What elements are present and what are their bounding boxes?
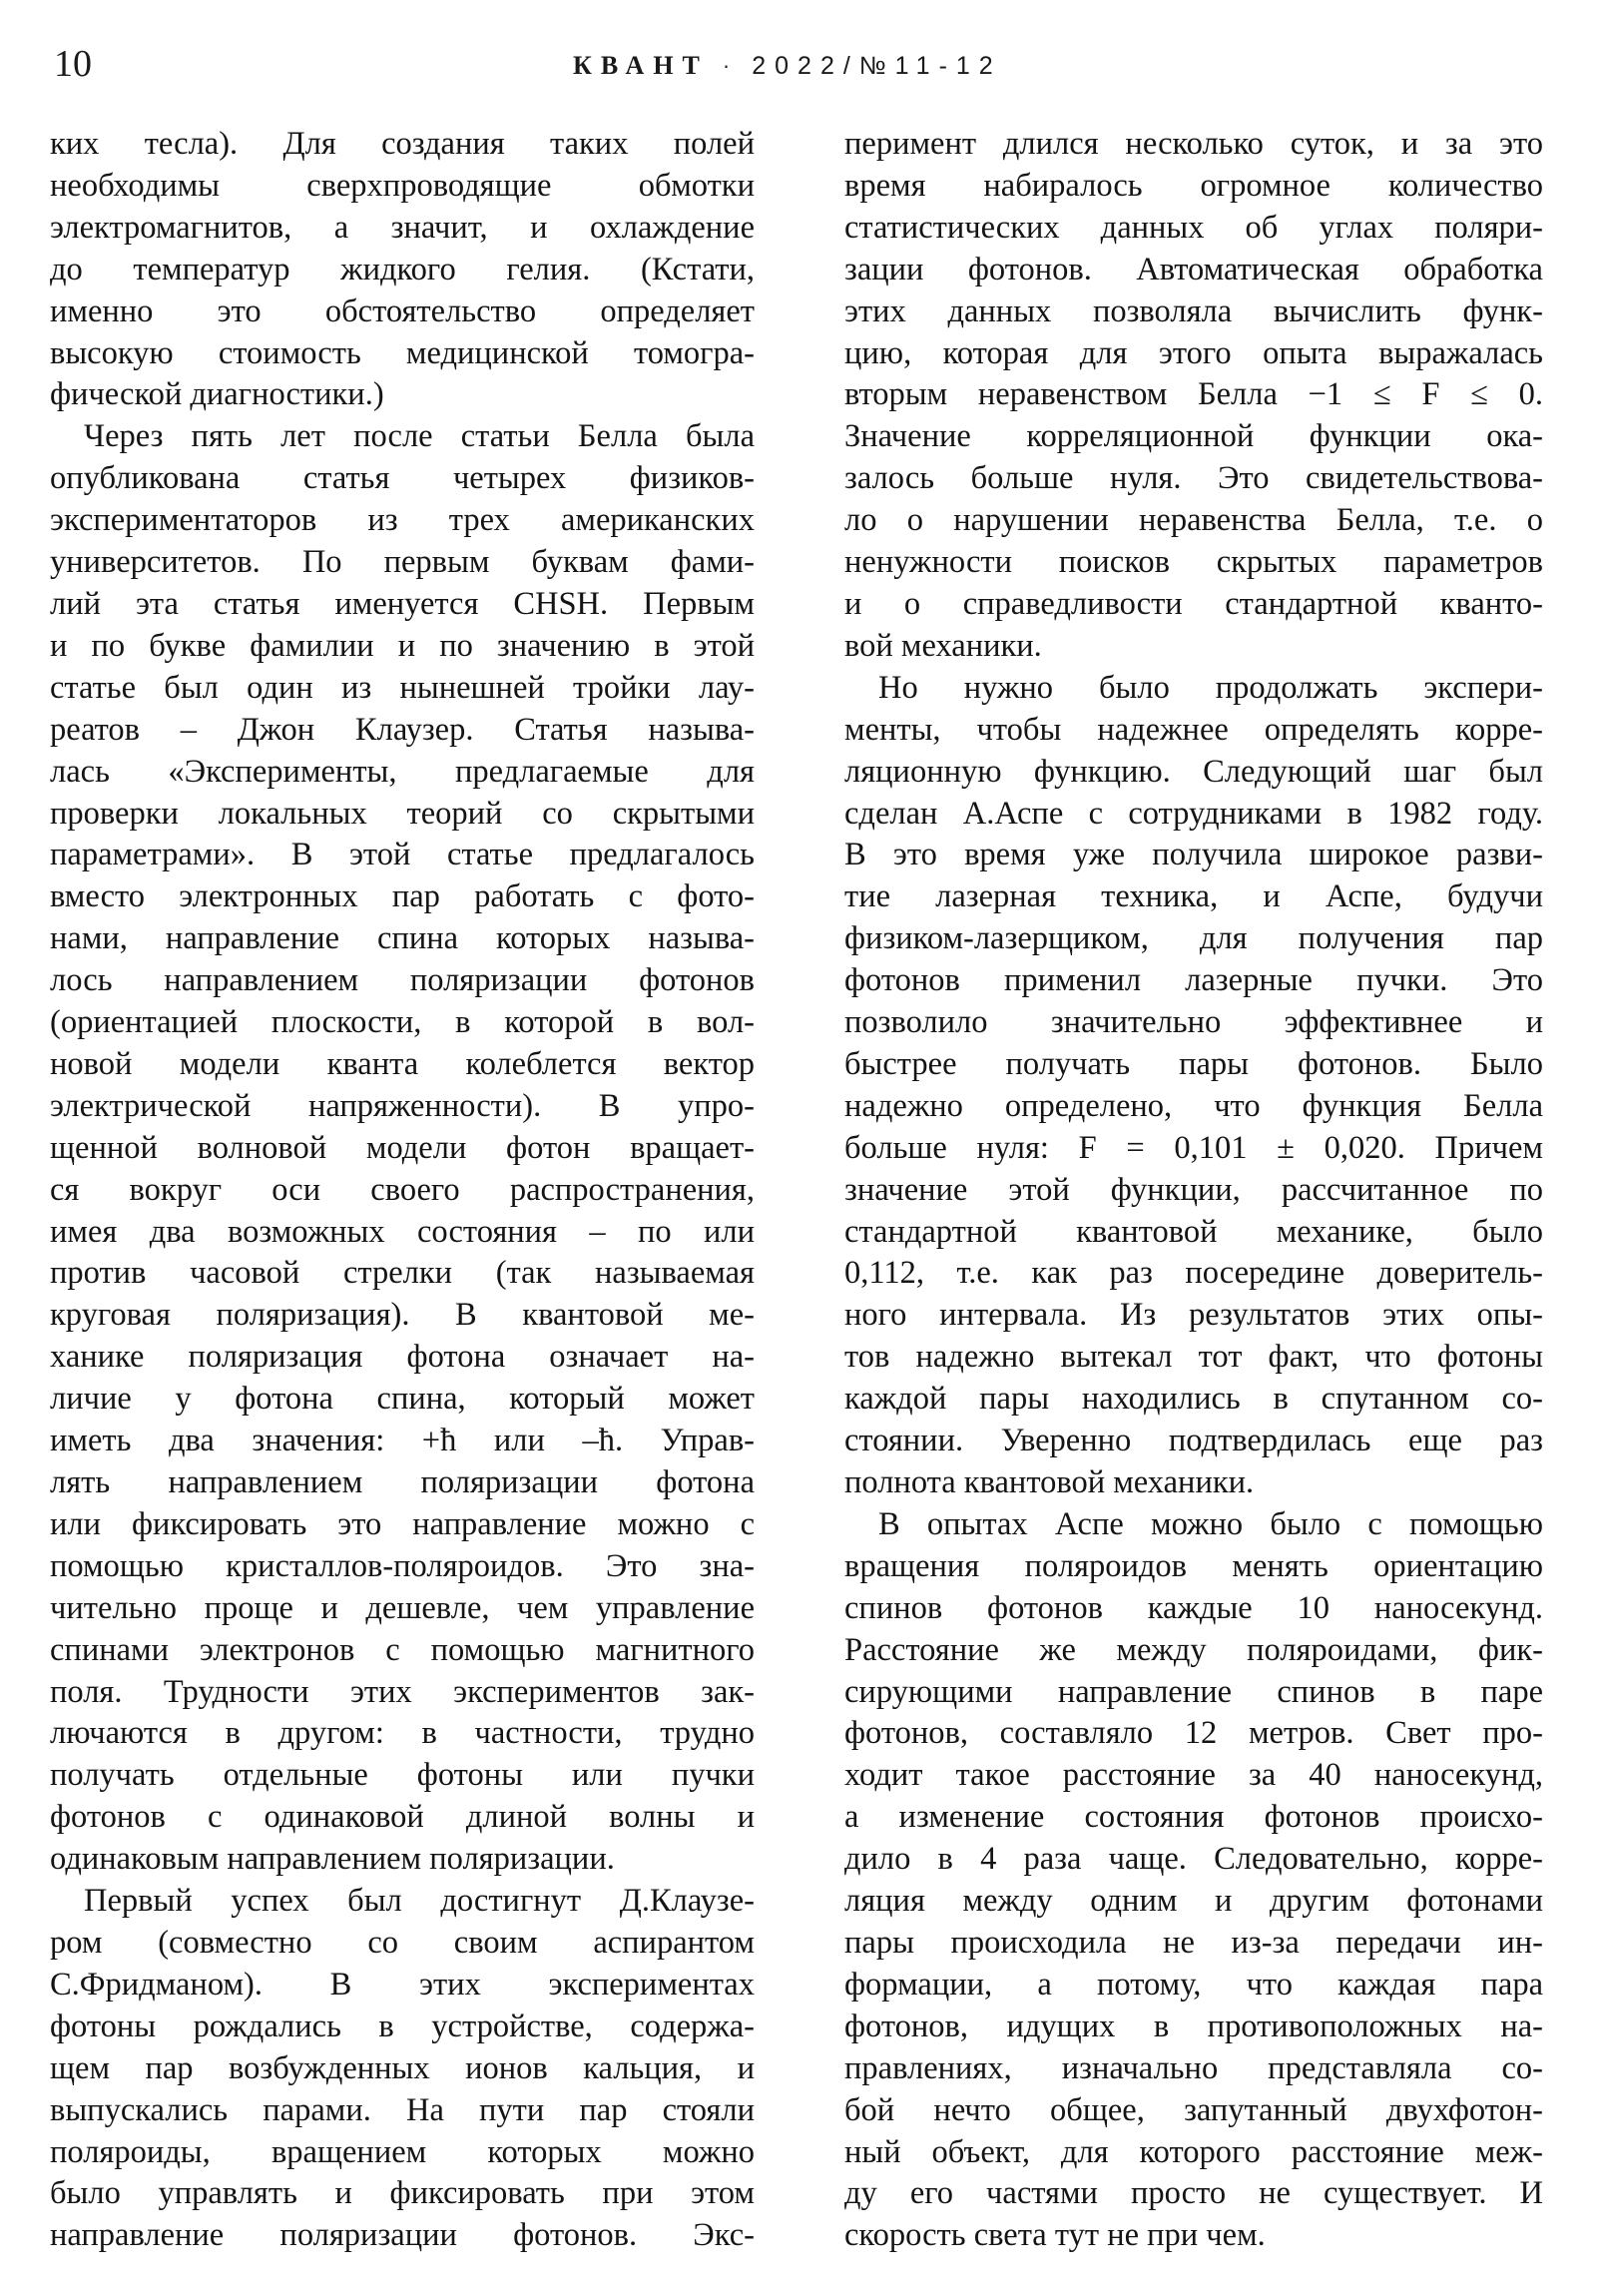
text-line: В это время уже получила широкое разви- bbox=[844, 835, 1543, 876]
paragraph-first-line: Первый успех был достигнут Д.Клаузе- bbox=[50, 1881, 755, 1923]
text-line: вместо электронных пар работать с фото- bbox=[50, 876, 755, 918]
text-line: фотоны рождались в устройстве, содержа- bbox=[50, 2007, 755, 2048]
text-line: фотонов с одинаковой длиной волны и bbox=[50, 1797, 755, 1839]
text-line: быстрее получать пары фотонов. Было bbox=[844, 1044, 1543, 1086]
text-line: ного интервала. Из результатов этих опы- bbox=[844, 1295, 1543, 1337]
text-line: спинов фотонов каждые 10 наносекунд. bbox=[844, 1588, 1543, 1630]
text-line: до температур жидкого гелия. (Кстати, bbox=[50, 250, 755, 291]
text-line: фической диагностики.) bbox=[50, 374, 755, 416]
text-line: было управлять и фиксировать при этом bbox=[50, 2173, 755, 2215]
text-line: лось направлением поляризации фотонов bbox=[50, 960, 755, 1002]
text-line: получать отдельные фотоны или пучки bbox=[50, 1755, 755, 1797]
text-line: экспериментаторов из трех американских bbox=[50, 500, 755, 542]
text-line: щем пар возбужденных ионов кальция, и bbox=[50, 2048, 755, 2090]
text-line: ляция между одним и другим фотонами bbox=[844, 1881, 1543, 1923]
text-line: ходит такое расстояние за 40 наносекунд, bbox=[844, 1755, 1543, 1797]
text-line: ханике поляризация фотона означает на- bbox=[50, 1337, 755, 1379]
text-line: тов надежно вытекал тот факт, что фотоны bbox=[844, 1337, 1543, 1379]
text-line: чительно проще и дешевле, чем управление bbox=[50, 1588, 755, 1630]
text-line: фотонов применил лазерные пучки. Это bbox=[844, 960, 1543, 1002]
text-line: скорость света тут не при чем. bbox=[844, 2215, 1543, 2257]
text-line: электромагнитов, а значит, и охлаждение bbox=[50, 208, 755, 250]
text-line: значение этой функции, рассчитанное по bbox=[844, 1170, 1543, 1212]
text-line: 0,112, т.е. как раз посередине доверител… bbox=[844, 1253, 1543, 1295]
separator-dot: · bbox=[723, 53, 730, 79]
text-line: а изменение состояния фотонов происхо- bbox=[844, 1797, 1543, 1839]
text-line: имея два возможных состояния – по или bbox=[50, 1212, 755, 1254]
text-line: статье был один из нынешней тройки лау- bbox=[50, 668, 755, 710]
article-column-right: перимент длился несколько суток, и за эт… bbox=[844, 124, 1543, 2257]
text-line: нами, направление спина которых называ- bbox=[50, 918, 755, 960]
text-line: цию, которая для этого опыта выражалась bbox=[844, 333, 1543, 375]
text-line: реатов – Джон Клаузер. Статья называ- bbox=[50, 710, 755, 752]
text-line: ся вокруг оси своего распространения, bbox=[50, 1170, 755, 1212]
text-line: лючаются в другом: в частности, трудно bbox=[50, 1713, 755, 1755]
text-line: ненужности поисков скрытых параметров bbox=[844, 542, 1543, 584]
text-line: время набиралось огромное количество bbox=[844, 166, 1543, 208]
text-line: одинаковым направлением поляризации. bbox=[50, 1839, 755, 1881]
text-line: больше нуля: F = 0,101 ± 0,020. Причем bbox=[844, 1128, 1543, 1170]
text-line: лий эта статья именуется CHSH. Первым bbox=[50, 584, 755, 626]
text-line: стандартной квантовой механике, было bbox=[844, 1212, 1543, 1254]
text-line: Значение корреляционной функции ока- bbox=[844, 416, 1543, 458]
text-line: новой модели кванта колеблется вектор bbox=[50, 1044, 755, 1086]
text-line: фотонов, составляло 12 метров. Свет про- bbox=[844, 1713, 1543, 1755]
text-line: электрической напряженности). В упро- bbox=[50, 1086, 755, 1128]
text-line: залось больше нуля. Это свидетельствова- bbox=[844, 458, 1543, 500]
journal-name: КВАНТ bbox=[573, 51, 709, 81]
text-line: полнота квантовой механики. bbox=[844, 1462, 1543, 1504]
text-line: перимент длился несколько суток, и за эт… bbox=[844, 124, 1543, 166]
text-line: против часовой стрелки (так называемая bbox=[50, 1253, 755, 1295]
article-column-left: ких тесла). Для создания таких полейнеоб… bbox=[50, 124, 755, 2257]
text-line: правлениях, изначально представляла со- bbox=[844, 2048, 1543, 2090]
text-line: зации фотонов. Автоматическая обработка bbox=[844, 250, 1543, 291]
paragraph-first-line: В опытах Аспе можно было с помощью bbox=[844, 1504, 1543, 1546]
text-line: спинами электронов с помощью магнитного bbox=[50, 1630, 755, 1672]
text-line: менты, чтобы надежнее определять корре- bbox=[844, 710, 1543, 752]
text-line: или фиксировать это направление можно с bbox=[50, 1504, 755, 1546]
text-line: ляционную функцию. Следующий шаг был bbox=[844, 752, 1543, 794]
text-line: щенной волновой модели фотон вращает- bbox=[50, 1128, 755, 1170]
text-line: надежно определено, что функция Белла bbox=[844, 1086, 1543, 1128]
text-line: и о справедливости стандартной кванто- bbox=[844, 584, 1543, 626]
text-line: именно это обстоятельство определяет bbox=[50, 291, 755, 333]
text-line: и по букве фамилии и по значению в этой bbox=[50, 626, 755, 668]
paragraph-first-line: Через пять лет после статьи Белла была bbox=[50, 416, 755, 458]
text-line: сделан А.Аспе с сотрудниками в 1982 году… bbox=[844, 794, 1543, 836]
text-line: ный объект, для которого расстояние меж- bbox=[844, 2132, 1543, 2174]
text-line: поля. Трудности этих экспериментов зак- bbox=[50, 1672, 755, 1714]
text-line: ду его частями просто не существует. И bbox=[844, 2173, 1543, 2215]
text-line: каждой пары находились в спутанном со- bbox=[844, 1379, 1543, 1421]
text-line: иметь два значения: +ħ или –ħ. Управ- bbox=[50, 1421, 755, 1462]
text-line: (ориентацией плоскости, в которой в вол- bbox=[50, 1002, 755, 1044]
paragraph-first-line: Но нужно было продолжать экспери- bbox=[844, 668, 1543, 710]
issue-number: 2022/№11-12 bbox=[752, 52, 1001, 81]
text-line: опубликована статья четырех физиков- bbox=[50, 458, 755, 500]
text-line: физиком-лазерщиком, для получения пар bbox=[844, 918, 1543, 960]
text-line: вой механики. bbox=[844, 626, 1543, 668]
text-line: круговая поляризация). В квантовой ме- bbox=[50, 1295, 755, 1337]
text-line: направление поляризации фотонов. Экс- bbox=[50, 2215, 755, 2257]
text-line: ких тесла). Для создания таких полей bbox=[50, 124, 755, 166]
text-line: тие лазерная техника, и Аспе, будучи bbox=[844, 876, 1543, 918]
running-head: КВАНТ · 2022/№11-12 bbox=[573, 46, 1002, 86]
text-line: выпускались парами. На пути пар стояли bbox=[50, 2090, 755, 2132]
text-line: необходимы сверхпроводящие обмотки bbox=[50, 166, 755, 208]
text-line: фотонов, идущих в противоположных на- bbox=[844, 2007, 1543, 2048]
text-line: формации, а потому, что каждая пара bbox=[844, 1965, 1543, 2007]
text-line: ло о нарушении неравенства Белла, т.е. о bbox=[844, 500, 1543, 542]
page-number: 10 bbox=[54, 40, 92, 88]
text-line: статистических данных об углах поляри- bbox=[844, 208, 1543, 250]
text-line: этих данных позволяла вычислить функ- bbox=[844, 291, 1543, 333]
text-line: вторым неравенством Белла −1 ≤ F ≤ 0. bbox=[844, 374, 1543, 416]
text-line: бой нечто общее, запутанный двухфотон- bbox=[844, 2090, 1543, 2132]
text-line: лять направлением поляризации фотона bbox=[50, 1462, 755, 1504]
text-line: сирующими направление спинов в паре bbox=[844, 1672, 1543, 1714]
text-line: вращения поляроидов менять ориентацию bbox=[844, 1546, 1543, 1588]
text-line: проверки локальных теорий со скрытыми bbox=[50, 794, 755, 836]
text-line: позволило значительно эффективнее и bbox=[844, 1002, 1543, 1044]
text-line: высокую стоимость медицинской томогра- bbox=[50, 333, 755, 375]
text-line: университетов. По первым буквам фами- bbox=[50, 542, 755, 584]
text-line: ром (совместно со своим аспирантом bbox=[50, 1923, 755, 1965]
text-line: стоянии. Уверенно подтвердилась еще раз bbox=[844, 1421, 1543, 1462]
text-line: Расстояние же между поляроидами, фик- bbox=[844, 1630, 1543, 1672]
text-line: пары происходила не из-за передачи ин- bbox=[844, 1923, 1543, 1965]
text-line: дило в 4 раза чаще. Следовательно, корре… bbox=[844, 1839, 1543, 1881]
text-line: помощью кристаллов-поляроидов. Это зна- bbox=[50, 1546, 755, 1588]
text-line: С.Фридманом). В этих экспериментах bbox=[50, 1965, 755, 2007]
text-line: поляроиды, вращением которых можно bbox=[50, 2132, 755, 2174]
text-line: личие у фотона спина, который может bbox=[50, 1379, 755, 1421]
text-line: параметрами». В этой статье предлагалось bbox=[50, 835, 755, 876]
text-line: лась «Эксперименты, предлагаемые для bbox=[50, 752, 755, 794]
